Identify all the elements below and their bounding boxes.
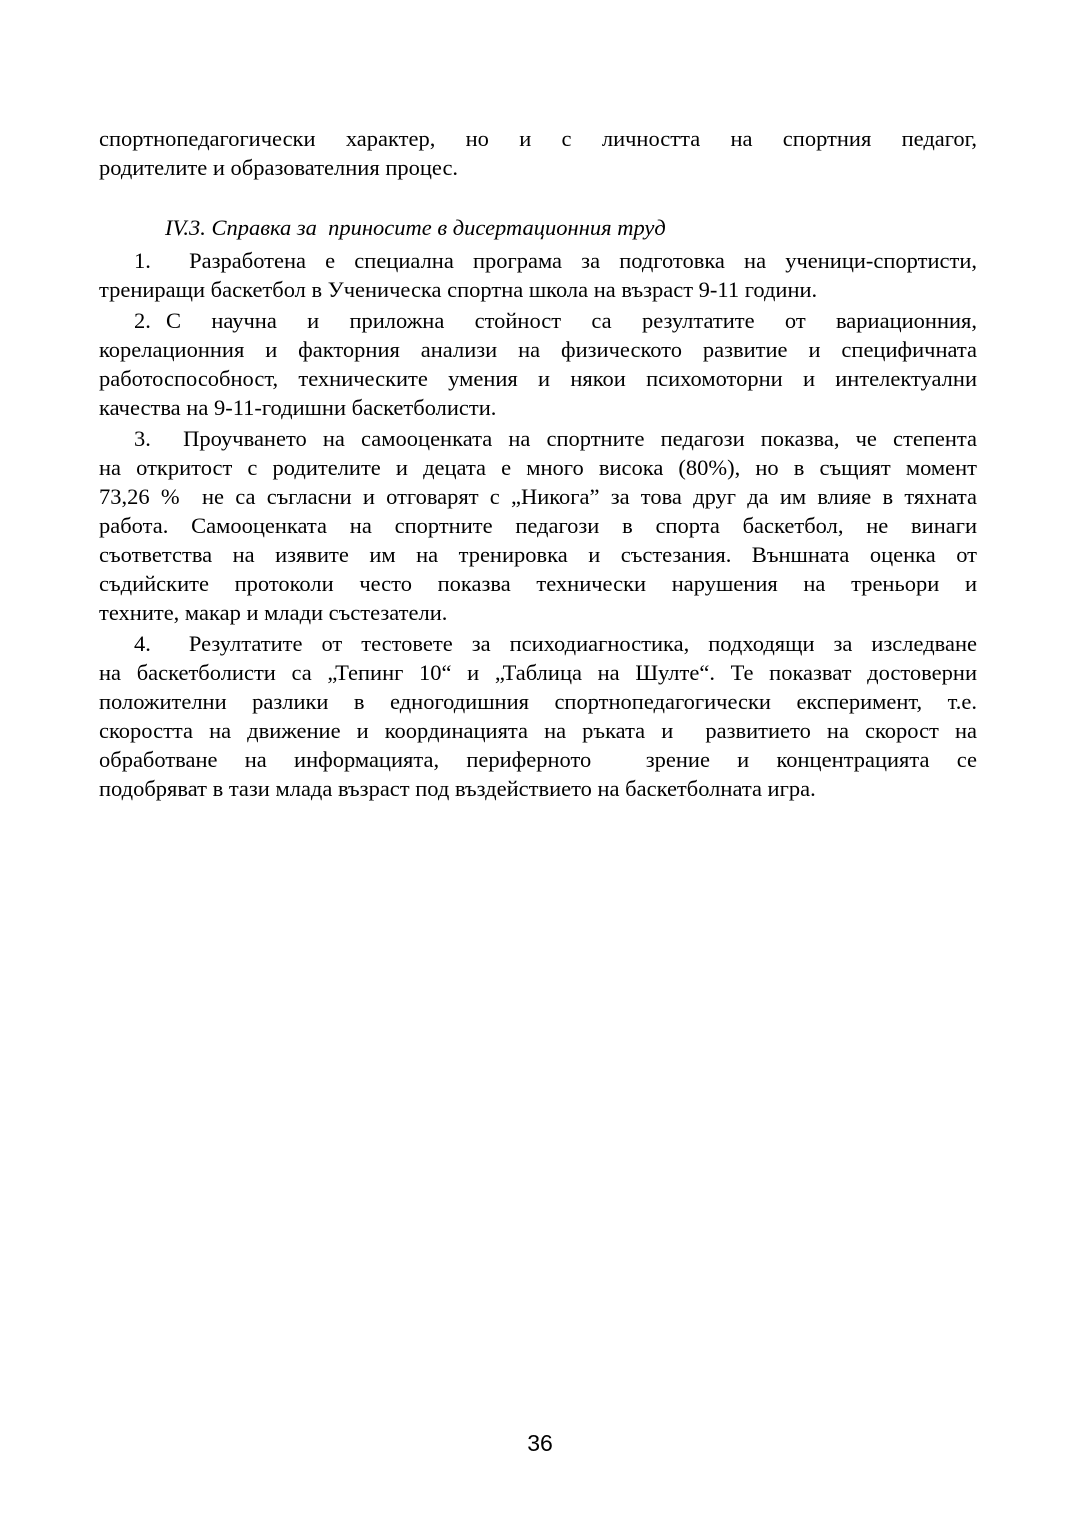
- paragraph: 4. Резултатите от тестовете за психодиаг…: [99, 629, 977, 803]
- paragraph: 3. Проучването на самооценката на спортн…: [99, 424, 977, 627]
- text-line: съдийските протоколи често показва техни…: [99, 569, 977, 598]
- page-number: 36: [0, 1430, 1080, 1457]
- text-line: 73,26 % не са съгласни и отговарят с „Ни…: [99, 482, 977, 511]
- text-line: положителни разлики в едногодишния спорт…: [99, 687, 977, 716]
- text-line: на баскетболисти са „Тепинг 10“ и „Табли…: [99, 658, 977, 687]
- text-line: IV.3. Справка за приносите в дисертацион…: [99, 213, 977, 242]
- text-line: техните, макар и млади състезатели.: [99, 598, 977, 627]
- text-line: работа. Самооценката на спортните педаго…: [99, 511, 977, 540]
- text-line: корелационния и факторния анализи на физ…: [99, 335, 977, 364]
- section-heading: IV.3. Справка за приносите в дисертацион…: [99, 213, 977, 242]
- text-line: трениращи баскетбол в Ученическа спортна…: [99, 275, 977, 304]
- text-line: на откритост с родителите и децата е мно…: [99, 453, 977, 482]
- paragraph: спортнопедагогически характер, но и с ли…: [99, 124, 977, 182]
- text-line: 2. С научна и приложна стойност са резул…: [99, 306, 977, 335]
- text-line: обработване на информацията, периферното…: [99, 745, 977, 774]
- text-line: 4. Резултатите от тестовете за психодиаг…: [99, 629, 977, 658]
- paragraph: 2. С научна и приложна стойност са резул…: [99, 306, 977, 422]
- paragraph: 1. Разработена е специална програма за п…: [99, 246, 977, 304]
- text-line: 1. Разработена е специална програма за п…: [99, 246, 977, 275]
- text-line: подобряват в тази млада възраст под възд…: [99, 774, 977, 803]
- text-line: 3. Проучването на самооценката на спортн…: [99, 424, 977, 453]
- text-line: скоростта на движение и координацията на…: [99, 716, 977, 745]
- text-line: работоспособност, техническите умения и …: [99, 364, 977, 393]
- text-line: спортнопедагогически характер, но и с ли…: [99, 124, 977, 153]
- text-block: спортнопедагогически характер, но и с ли…: [99, 124, 977, 803]
- text-line: съответства на изявите им на тренировка …: [99, 540, 977, 569]
- text-line: родителите и образователния процес.: [99, 153, 977, 182]
- document-page: спортнопедагогически характер, но и с ли…: [0, 0, 1080, 1527]
- text-line: качества на 9-11-годишни баскетболисти.: [99, 393, 977, 422]
